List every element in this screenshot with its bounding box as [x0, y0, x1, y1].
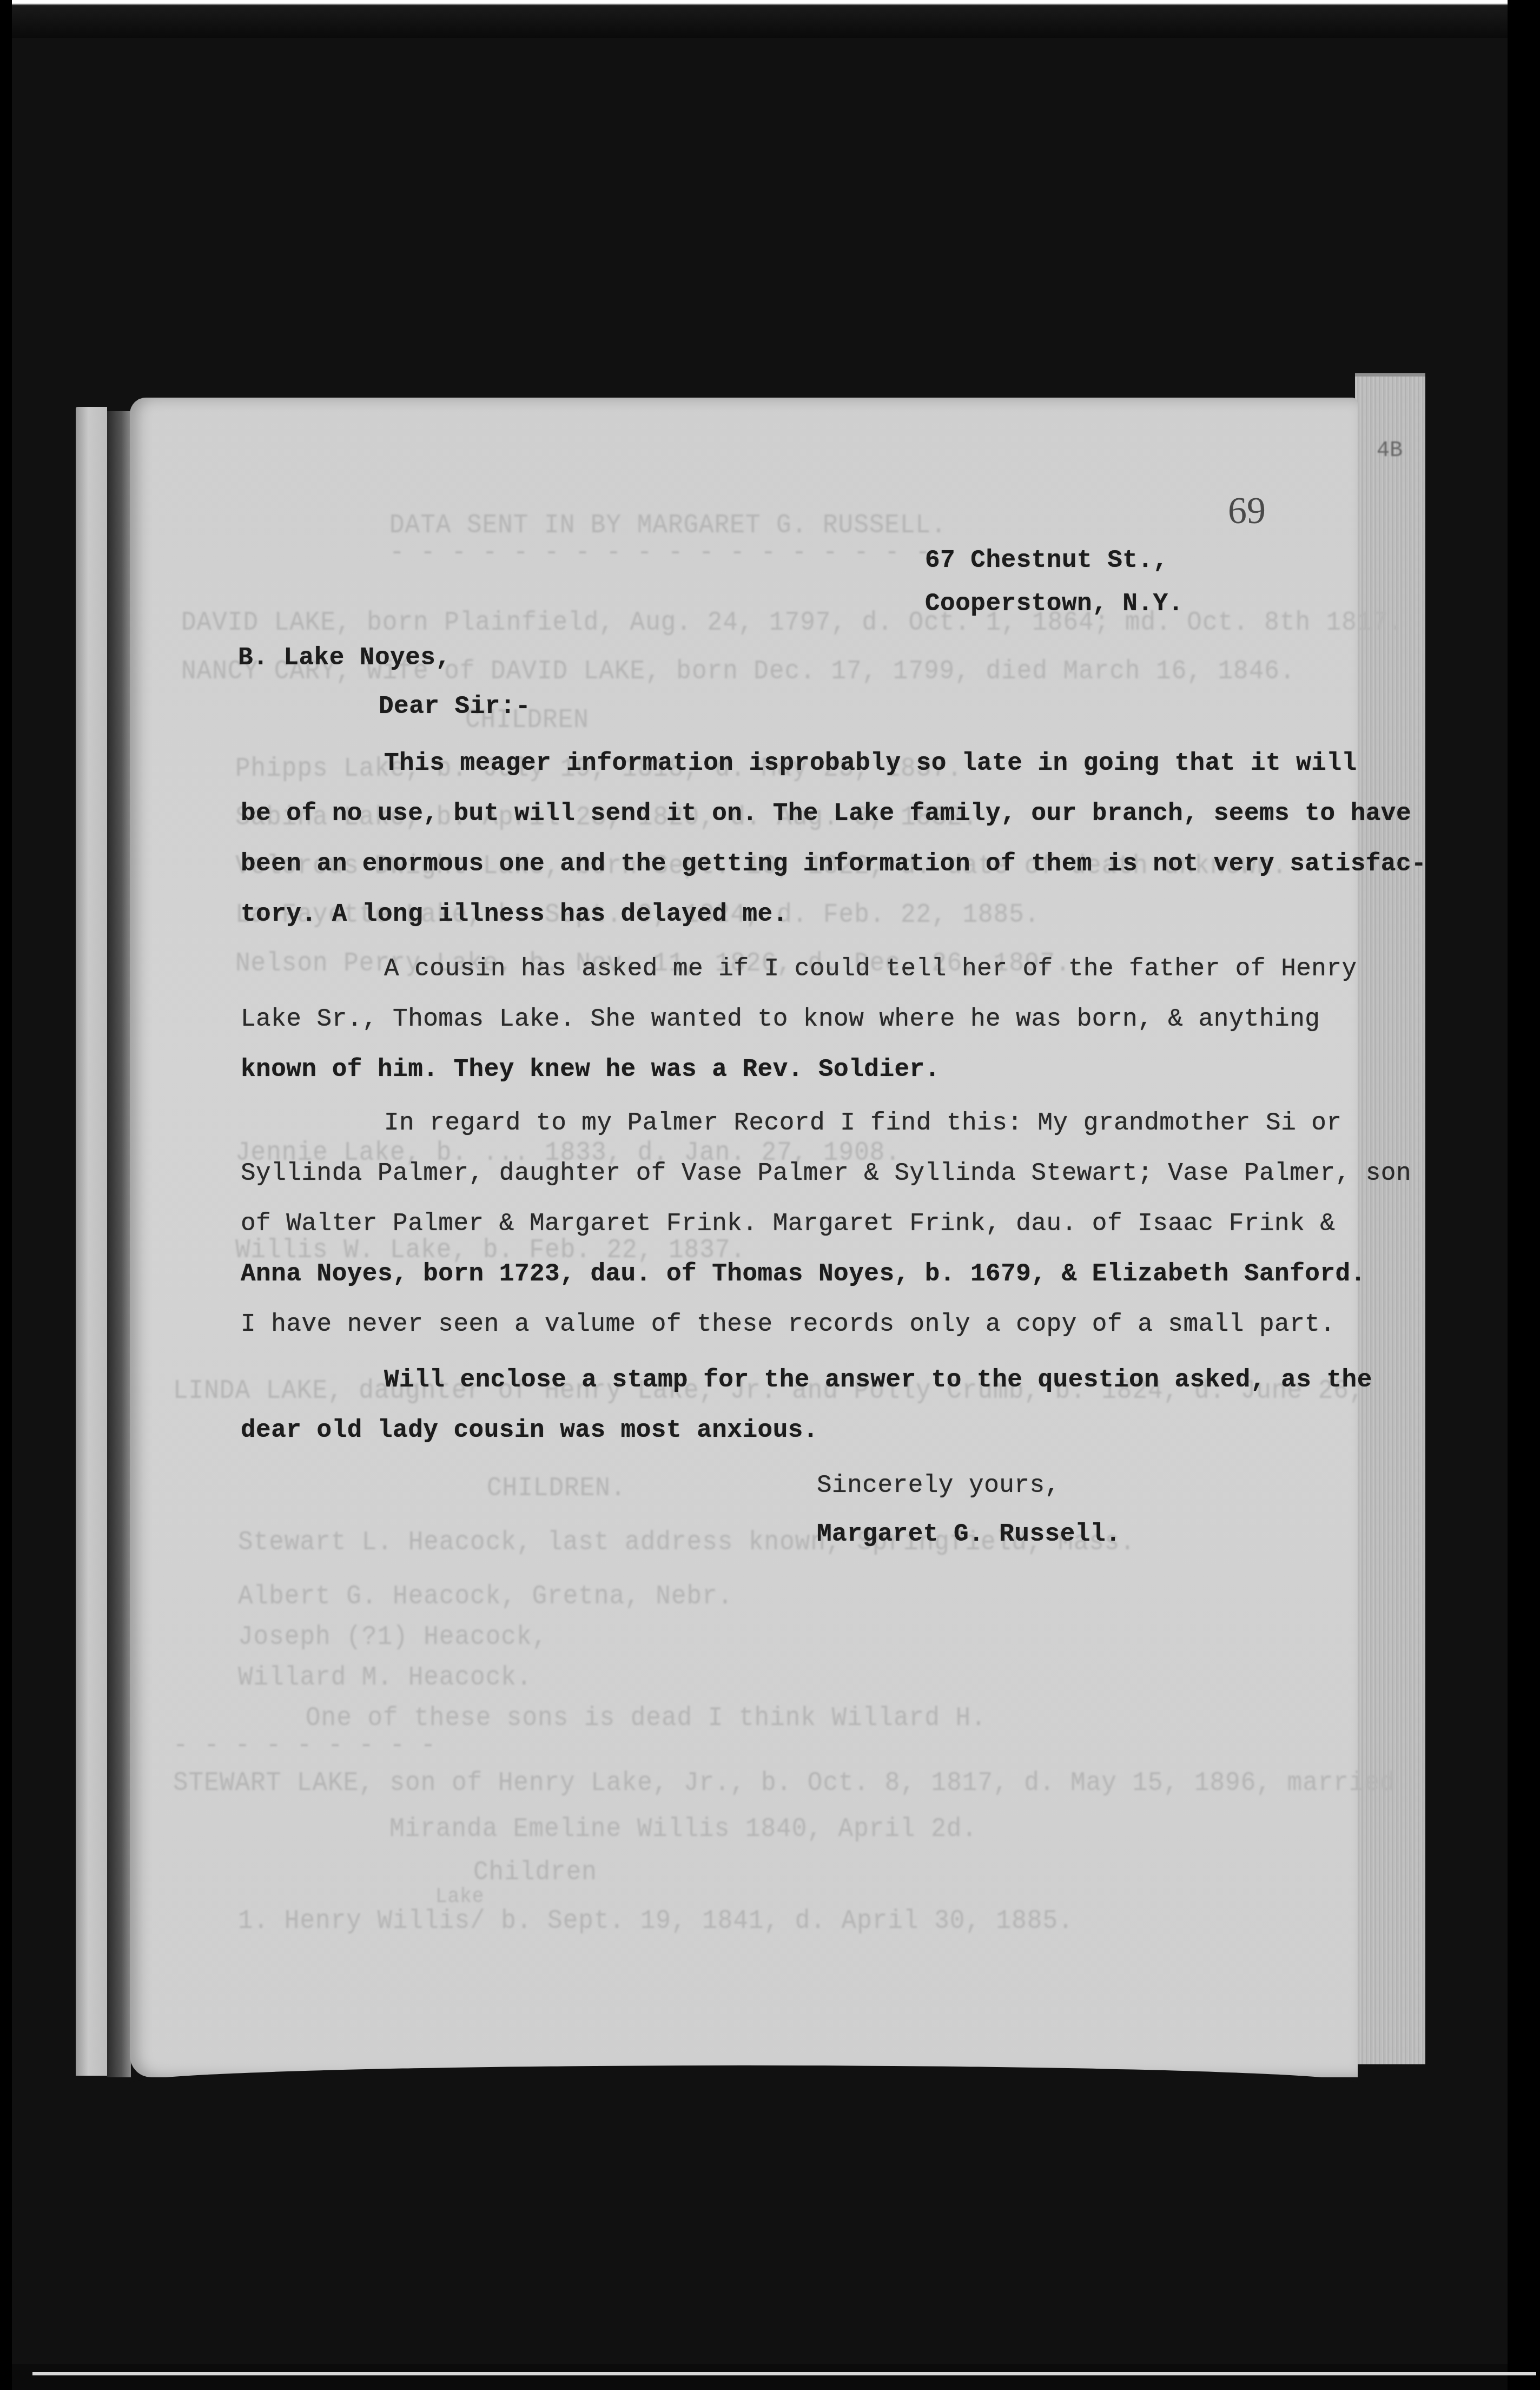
- ghost-line: Willard M. Heacock.: [238, 1662, 532, 1693]
- ghost-line: - - - - - - - - -: [173, 1730, 436, 1760]
- closing: Sincerely yours,: [817, 1471, 1060, 1500]
- ghost-line: Albert G. Heacock, Gretna, Nebr.: [238, 1581, 733, 1612]
- film-edge-bottom-line: [32, 2372, 1536, 2375]
- ghost-line: Children: [473, 1857, 597, 1887]
- body-line: I have never seen a valume of these reco…: [241, 1310, 1336, 1338]
- ghost-line: CHILDREN.: [487, 1473, 626, 1503]
- recipient-line: B. Lake Noyes,: [238, 644, 451, 672]
- address-line-2: Cooperstown, N.Y.: [925, 590, 1184, 618]
- body-line: In regard to my Palmer Record I find thi…: [384, 1109, 1342, 1137]
- body-line: known of him. They knew he was a Rev. So…: [241, 1055, 940, 1084]
- edge-stamp: 4B: [1377, 439, 1403, 463]
- document-page: DATA SENT IN BY MARGARET G. RUSSELL. - -…: [130, 398, 1358, 2077]
- ghost-line: STEWART LAKE, son of Henry Lake, Jr., b.…: [173, 1768, 1396, 1798]
- body-line: Anna Noyes, born 1723, dau. of Thomas No…: [241, 1260, 1366, 1288]
- ghost-line: DAVID LAKE, born Plainfield, Aug. 24, 17…: [181, 608, 1404, 638]
- ghost-line: One of these sons is dead I think Willar…: [306, 1703, 987, 1733]
- body-line: Will enclose a stamp for the answer to t…: [384, 1366, 1372, 1394]
- body-line: of Walter Palmer & Margaret Frink. Marga…: [241, 1210, 1336, 1238]
- film-edge-top: [0, 0, 1540, 38]
- ghost-header: DATA SENT IN BY MARGARET G. RUSSELL.: [389, 510, 947, 540]
- ghost-header-rule: - - - - - - - - - - - - - - - - - -: [389, 537, 931, 567]
- body-line: dear old lady cousin was most anxious.: [241, 1416, 818, 1444]
- salutation: Dear Sir:-: [379, 692, 531, 721]
- body-line: been an enormous one and the getting inf…: [241, 850, 1426, 878]
- book-gutter: [107, 411, 131, 2077]
- body-line: tory. A long illness has delayed me.: [241, 900, 788, 928]
- signature: Margaret G. Russell.: [817, 1520, 1121, 1548]
- facing-page-edge: [76, 407, 107, 2076]
- ghost-line: Miranda Emeline Willis 1840, April 2d.: [389, 1814, 977, 1844]
- address-line-1: 67 Chestnut St.,: [925, 546, 1168, 575]
- body-line: Syllinda Palmer, daughter of Vase Palmer…: [241, 1159, 1411, 1187]
- body-line: A cousin has asked me if I could tell he…: [384, 955, 1357, 983]
- film-edge-left: [0, 0, 12, 2390]
- body-line: This meager information isprobably so la…: [384, 749, 1357, 777]
- ghost-line: 1. Henry Willis/ b. Sept. 19, 1841, d. A…: [238, 1906, 1074, 1936]
- ghost-line: Joseph (?1) Heacock,: [238, 1622, 547, 1652]
- ghost-line: Lake: [435, 1884, 484, 1908]
- body-line: Lake Sr., Thomas Lake. She wanted to kno…: [241, 1005, 1320, 1033]
- body-line: be of no use, but will send it on. The L…: [241, 800, 1411, 828]
- page-number: 69: [1228, 490, 1266, 533]
- film-edge-right: [1508, 0, 1540, 2390]
